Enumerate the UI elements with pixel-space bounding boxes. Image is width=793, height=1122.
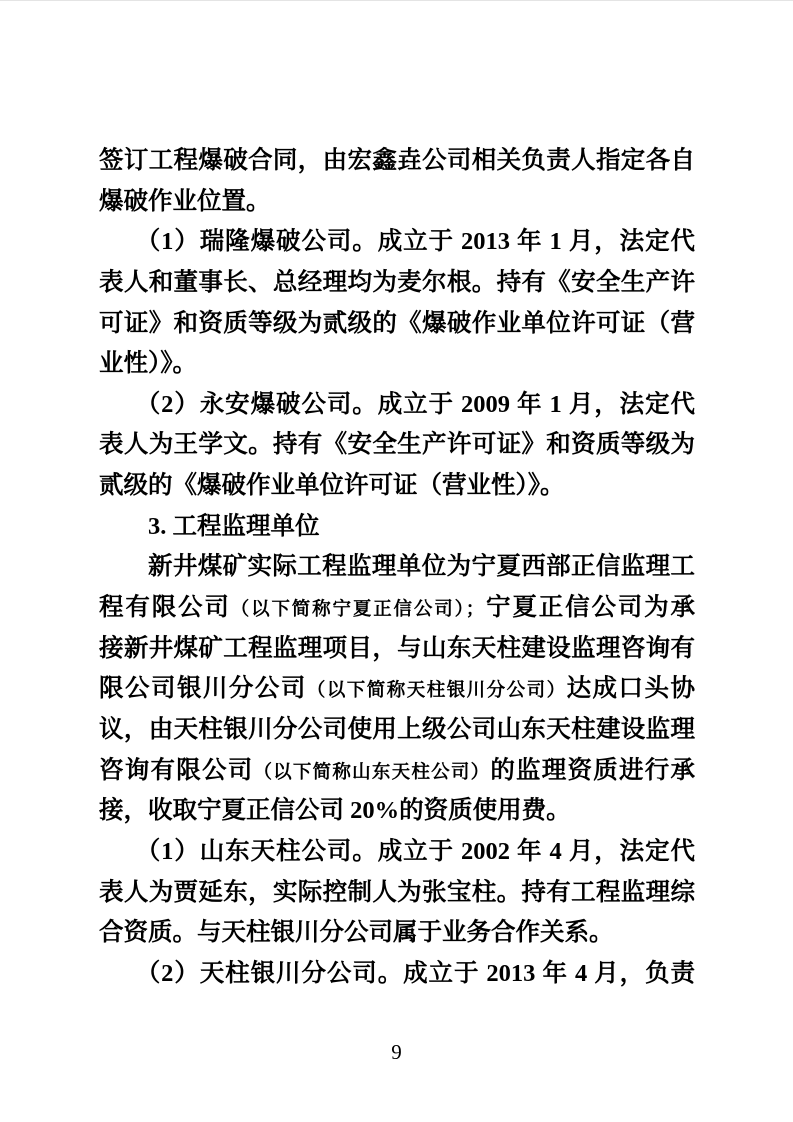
text-line: 程有限公司（以下简称宁夏正信公司）；宁夏正信公司为承 <box>99 588 695 629</box>
text-segment: （2）永安爆破公司。成立于 2009 年 1 月，法定代 <box>136 391 695 418</box>
text-segment: 业性）》。 <box>99 350 197 377</box>
text-line: 咨询有限公司（以下简称山东天柱公司）的监理资质进行承 <box>99 751 695 792</box>
text-line: 贰级的《爆破作业单位许可证（营业性）》。 <box>99 466 695 507</box>
text-line: 表人为王学文。持有《安全生产许可证》和资质等级为 <box>99 425 695 466</box>
text-segment: 接新井煤矿工程监理项目，与山东天柱建设监理咨询有 <box>99 635 695 662</box>
text-segment: 表人和董事长、总经理均为麦尔根。持有《安全生产许 <box>99 269 695 296</box>
text-segment: （1）山东天柱公司。成立于 2002 年 4 月，法定代 <box>136 838 695 865</box>
text-segment: 可证》和资质等级为贰级的《爆破作业单位许可证（营 <box>99 310 695 337</box>
text-line: （2）天柱银川分公司。成立于 2013 年 4 月，负责 <box>99 954 695 995</box>
text-line: 议，由天柱银川分公司使用上级公司山东天柱建设监理 <box>99 710 695 751</box>
abbreviation-note: （以下简称山东天柱公司） <box>253 763 490 783</box>
text-segment: 接，收取宁夏正信公司 20%的资质使用费。 <box>99 797 571 824</box>
text-line: 表人为贾延东，实际控制人为张宝柱。持有工程监理综 <box>99 873 695 914</box>
text-line: 合资质。与天柱银川分公司属于业务合作关系。 <box>99 913 695 954</box>
text-segment: 爆破作业位置。 <box>99 188 271 215</box>
text-line: 新井煤矿实际工程监理单位为宁夏西部正信监理工 <box>99 547 695 588</box>
document-page: { "page": { "number": "9" }, "colors": {… <box>0 0 793 1122</box>
text-line: 签订工程爆破合同，由宏鑫垚公司相关负责人指定各自 <box>99 141 695 182</box>
text-line: 接，收取宁夏正信公司 20%的资质使用费。 <box>99 791 695 832</box>
text-segment: 限公司银川分公司 <box>99 675 307 702</box>
text-segment: 议，由天柱银川分公司使用上级公司山东天柱建设监理 <box>99 716 695 743</box>
abbreviation-note: （以下简称天柱银川分公司） <box>307 681 567 701</box>
text-line: 3. 工程监理单位 <box>99 507 695 548</box>
text-line: 业性）》。 <box>99 344 695 385</box>
text-segment: 新井煤矿实际工程监理单位为宁夏西部正信监理工 <box>148 553 695 580</box>
text-segment: 3. 工程监理单位 <box>148 513 320 540</box>
document-body: 签订工程爆破合同，由宏鑫垚公司相关负责人指定各自爆破作业位置。（1）瑞隆爆破公司… <box>99 141 695 994</box>
text-segment: 表人为王学文。持有《安全生产许可证》和资质等级为 <box>99 431 695 458</box>
text-line: （2）永安爆破公司。成立于 2009 年 1 月，法定代 <box>99 385 695 426</box>
text-line: 限公司银川分公司（以下简称天柱银川分公司）达成口头协 <box>99 669 695 710</box>
text-line: （1）瑞隆爆破公司。成立于 2013 年 1 月，法定代 <box>99 222 695 263</box>
text-segment: 宁夏正信公司为承 <box>484 594 695 621</box>
text-segment: 达成口头协 <box>567 675 695 702</box>
text-line: 接新井煤矿工程监理项目，与山东天柱建设监理咨询有 <box>99 629 695 670</box>
text-line: 爆破作业位置。 <box>99 182 695 223</box>
text-segment: 贰级的《爆破作业单位许可证（营业性）》。 <box>99 472 565 499</box>
abbreviation-note: （以下简称宁夏正信公司）； <box>231 600 484 620</box>
text-line: （1）山东天柱公司。成立于 2002 年 4 月，法定代 <box>99 832 695 873</box>
text-segment: （2）天柱银川分公司。成立于 2013 年 4 月，负责 <box>136 960 695 987</box>
text-segment: 咨询有限公司 <box>99 757 253 784</box>
page-number: 9 <box>0 1039 793 1065</box>
text-line: 可证》和资质等级为贰级的《爆破作业单位许可证（营 <box>99 304 695 345</box>
text-line: 表人和董事长、总经理均为麦尔根。持有《安全生产许 <box>99 263 695 304</box>
text-segment: 合资质。与天柱银川分公司属于业务合作关系。 <box>99 919 614 946</box>
text-segment: 表人为贾延东，实际控制人为张宝柱。持有工程监理综 <box>99 879 695 906</box>
text-segment: （1）瑞隆爆破公司。成立于 2013 年 1 月，法定代 <box>136 228 695 255</box>
text-segment: 的监理资质进行承 <box>490 757 695 784</box>
text-segment: 程有限公司 <box>99 594 231 621</box>
text-segment: 签订工程爆破合同，由宏鑫垚公司相关负责人指定各自 <box>99 147 695 174</box>
